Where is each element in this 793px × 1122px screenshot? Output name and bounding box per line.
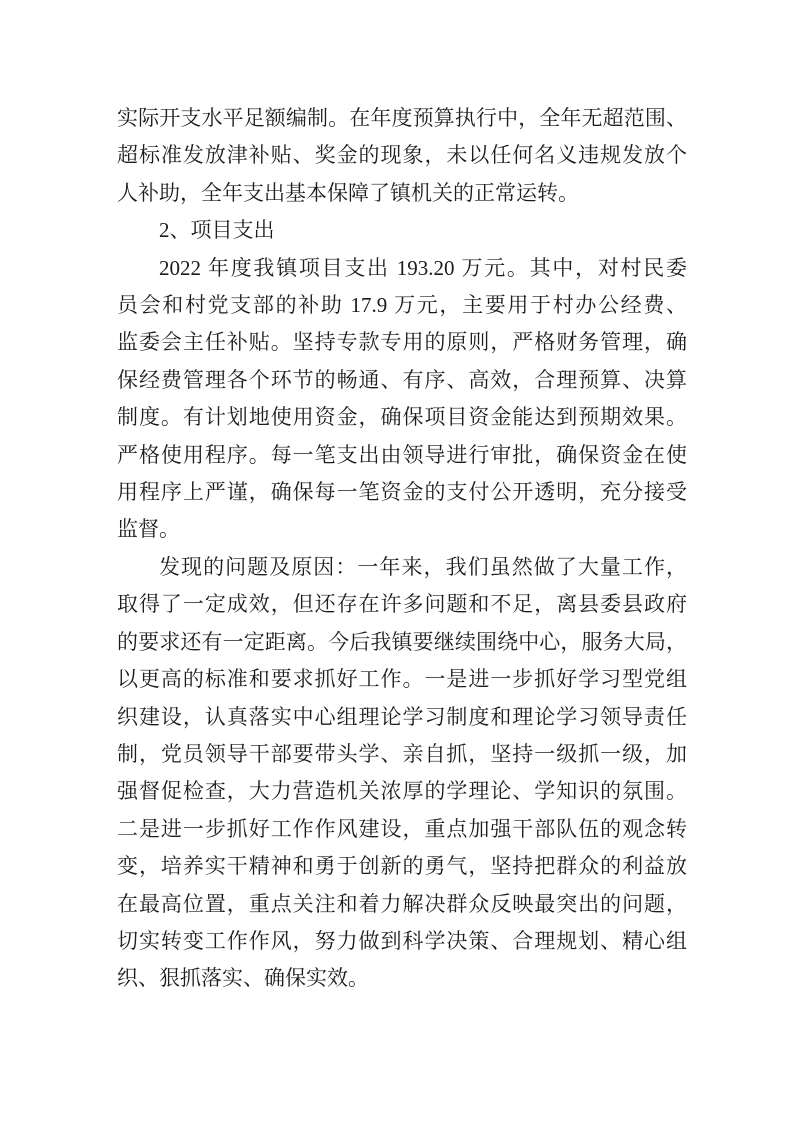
text-line: 2、项目支出 <box>117 212 687 249</box>
text-line: 取得了一定成效，但还存在许多问题和不足，离县委县政府 <box>117 586 687 623</box>
text-line: 2022 年度我镇项目支出 193.20 万元。其中，对村民委 <box>117 250 687 287</box>
text-line: 人补助，全年支出基本保障了镇机关的正常运转。 <box>117 175 687 212</box>
text-line: 二是进一步抓好工作作风建设，重点加强干部队伍的观念转 <box>117 811 687 848</box>
text-line: 的要求还有一定距离。今后我镇要继续围绕中心，服务大局， <box>117 624 687 661</box>
text-line: 员会和村党支部的补助 17.9 万元，主要用于村办公经费、 <box>117 287 687 324</box>
text-line: 以更高的标准和要求抓好工作。一是进一步抓好学习型党组 <box>117 661 687 698</box>
paragraph: 发现的问题及原因：一年来，我们虽然做了大量工作， 取得了一定成效，但还存在许多问… <box>117 549 687 998</box>
document-page: 实际开支水平足额编制。在年度预算执行中，全年无超范围、 超标准发放津补贴、奖金的… <box>0 0 793 1122</box>
text-line: 在最高位置，重点关注和着力解决群众反映最突出的问题， <box>117 886 687 923</box>
text-line: 织、狠抓落实、确保实效。 <box>117 960 687 997</box>
paragraph-heading: 2、项目支出 <box>117 212 687 249</box>
text-line: 超标准发放津补贴、奖金的现象，未以任何名义违规发放个 <box>117 137 687 174</box>
document-text: 实际开支水平足额编制。在年度预算执行中，全年无超范围、 超标准发放津补贴、奖金的… <box>117 100 687 998</box>
text-line: 用程序上严谨，确保每一笔资金的支付公开透明，充分接受 <box>117 474 687 511</box>
text-line: 变，培养实干精神和勇于创新的勇气，坚持把群众的利益放 <box>117 848 687 885</box>
text-line: 织建设，认真落实中心组理论学习制度和理论学习领导责任 <box>117 699 687 736</box>
text-line: 强督促检查，大力营造机关浓厚的学理论、学知识的氛围。 <box>117 773 687 810</box>
text-line: 严格使用程序。每一笔支出由领导进行审批，确保资金在使 <box>117 437 687 474</box>
text-line: 制度。有计划地使用资金，确保项目资金能达到预期效果。 <box>117 399 687 436</box>
text-line: 实际开支水平足额编制。在年度预算执行中，全年无超范围、 <box>117 100 687 137</box>
paragraph: 实际开支水平足额编制。在年度预算执行中，全年无超范围、 超标准发放津补贴、奖金的… <box>117 100 687 212</box>
text-line: 监委会主任补贴。坚持专款专用的原则，严格财务管理，确 <box>117 324 687 361</box>
text-line: 发现的问题及原因：一年来，我们虽然做了大量工作， <box>117 549 687 586</box>
text-line: 切实转变工作作风，努力做到科学决策、合理规划、精心组 <box>117 923 687 960</box>
text-line: 监督。 <box>117 511 687 548</box>
text-line: 制，党员领导干部要带头学、亲自抓，坚持一级抓一级，加 <box>117 736 687 773</box>
paragraph: 2022 年度我镇项目支出 193.20 万元。其中，对村民委 员会和村党支部的… <box>117 250 687 549</box>
text-line: 保经费管理各个环节的畅通、有序、高效，合理预算、决算 <box>117 362 687 399</box>
